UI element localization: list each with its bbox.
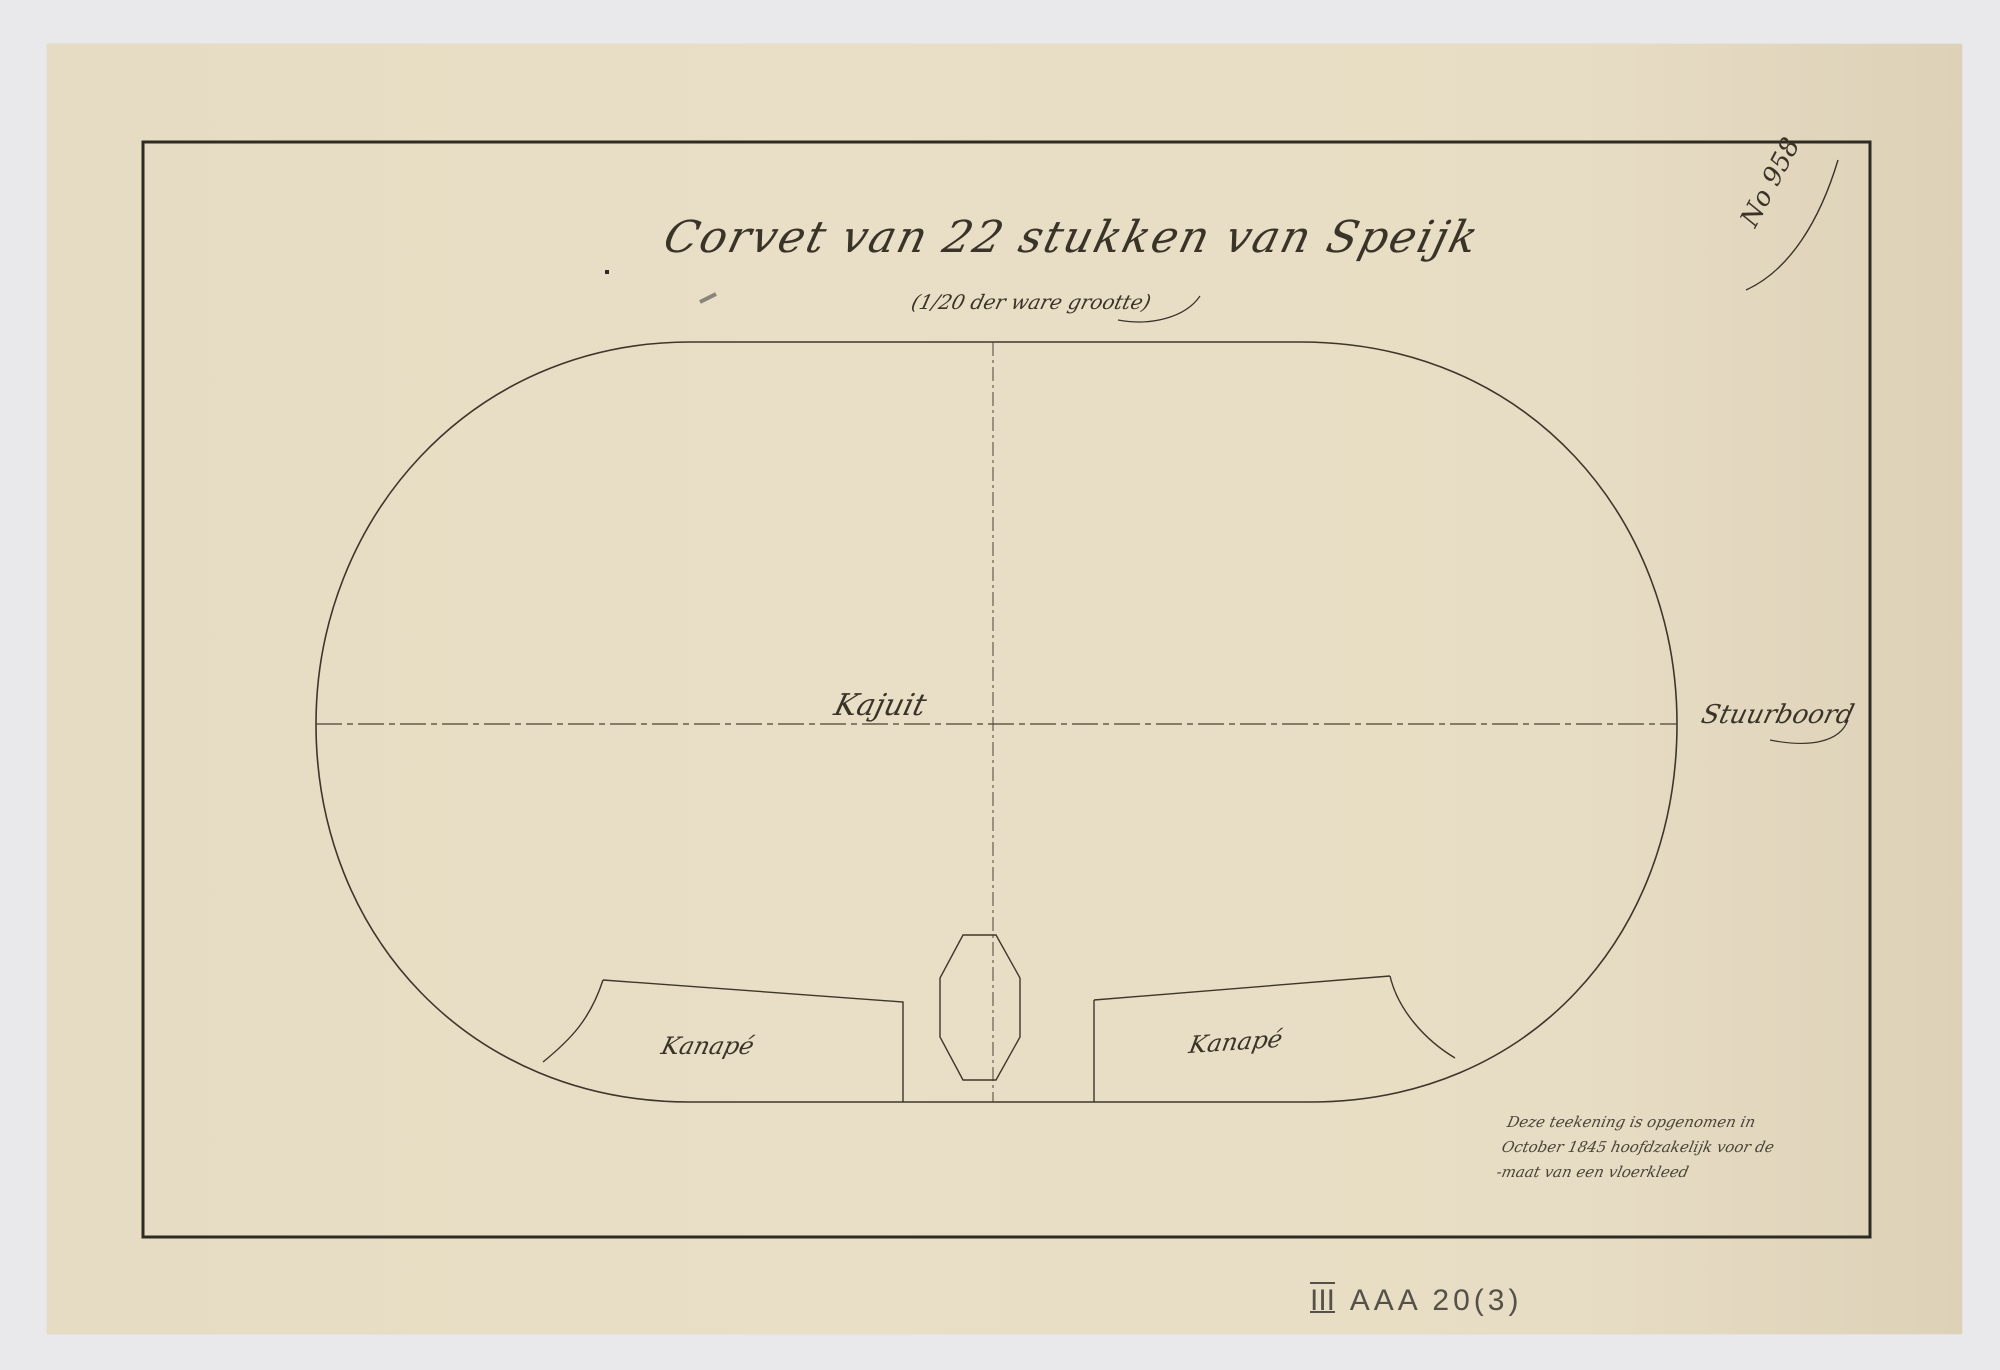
label-kajuit: Kajuit <box>831 688 930 723</box>
note-line: Deze teekening is opgenomen in <box>1505 1110 1782 1135</box>
scan-stage: Corvet van 22 stukken van Speijk (1/20 d… <box>0 0 2000 1370</box>
ink-speck <box>605 270 609 274</box>
label-stuurboord: Stuurboord <box>1698 700 1857 730</box>
octagon-mast <box>940 935 1020 1080</box>
note-line: October 1845 hoofdzakelijk voor de <box>1499 1135 1776 1160</box>
drawing-title: Corvet van 22 stukken van Speijk <box>659 212 1485 263</box>
cabin-outline <box>316 342 1677 1102</box>
note-line: -maat van een vloerkleed <box>1494 1160 1771 1185</box>
archive-reference: III AAA 20(3) <box>1310 1284 1522 1318</box>
scale-subtitle: (1/20 der ware grootte) <box>909 290 1154 314</box>
archive-roman-numeral: III <box>1310 1284 1335 1317</box>
ink-smudge <box>700 294 716 302</box>
annotation-note: Deze teekening is opgenomen in October 1… <box>1494 1110 1782 1185</box>
label-sofa-left: Kanapé <box>659 1032 758 1060</box>
archive-code: AAA 20(3) <box>1350 1284 1523 1317</box>
